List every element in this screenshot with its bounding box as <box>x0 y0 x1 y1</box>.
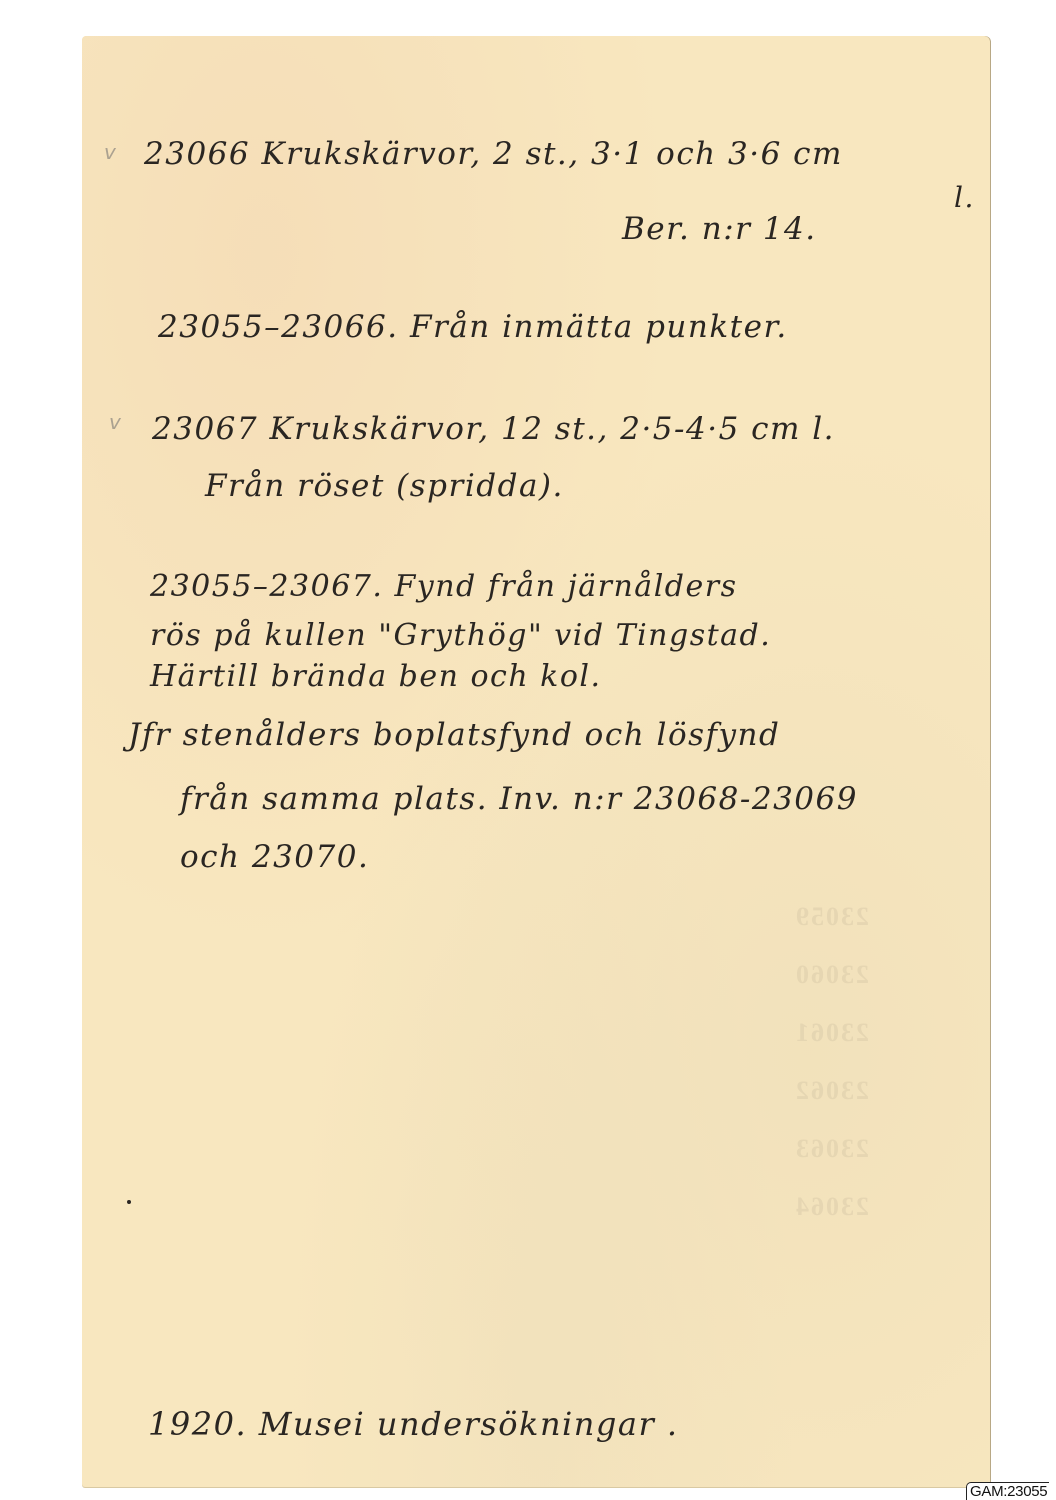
bleed-through-text: 23062 <box>794 1076 869 1106</box>
excavation-note: 1920. Musei undersökningar . <box>148 1408 679 1440</box>
pencil-checkmark-icon: v <box>104 140 116 164</box>
bleed-through-text: 23063 <box>794 1134 869 1164</box>
ink-dot <box>127 1200 131 1204</box>
entry-range-23055-23066: 23055–23066. Från inmätta punkter. <box>158 312 788 343</box>
entry-23066-line-1: 23066 Krukskärvor, 2 st., 3·1 och 3·6 cm <box>144 139 843 170</box>
bleed-through-text: 23060 <box>794 960 869 990</box>
pencil-checkmark-icon: v <box>109 410 121 434</box>
entry-range-23055-23067-line-2: rös på kullen "Grythög" vid Tingstad. <box>150 621 771 651</box>
entry-range-23055-23067-line-3: Härtill brända ben och kol. <box>150 662 602 692</box>
entry-23066-line-3: Ber. n:r 14. <box>622 214 817 245</box>
catalog-card: 23059 23060 23061 23062 23063 23064 v 23… <box>82 36 990 1487</box>
entry-range-23055-23067-line-1: 23055–23067. Fynd från järnålders <box>150 572 737 602</box>
reference-note-line-1: Jfr stenålders boplatsfynd och lösfynd <box>128 720 780 751</box>
entry-23066-line-2: l. <box>954 184 975 212</box>
entry-23067-line-1: 23067 Krukskärvor, 12 st., 2·5-4·5 cm l. <box>152 414 835 445</box>
catalog-id-label: GAM:23055 <box>966 1482 1049 1500</box>
reference-note-line-3: och 23070. <box>180 842 369 873</box>
bleed-through-text: 23059 <box>794 902 869 932</box>
bleed-through-text: 23064 <box>794 1192 869 1222</box>
reference-note-line-2: från samma plats. Inv. n:r 23068-23069 <box>180 784 858 815</box>
entry-23067-line-2: Från röset (spridda). <box>205 471 564 502</box>
bleed-through-text: 23061 <box>794 1018 869 1048</box>
